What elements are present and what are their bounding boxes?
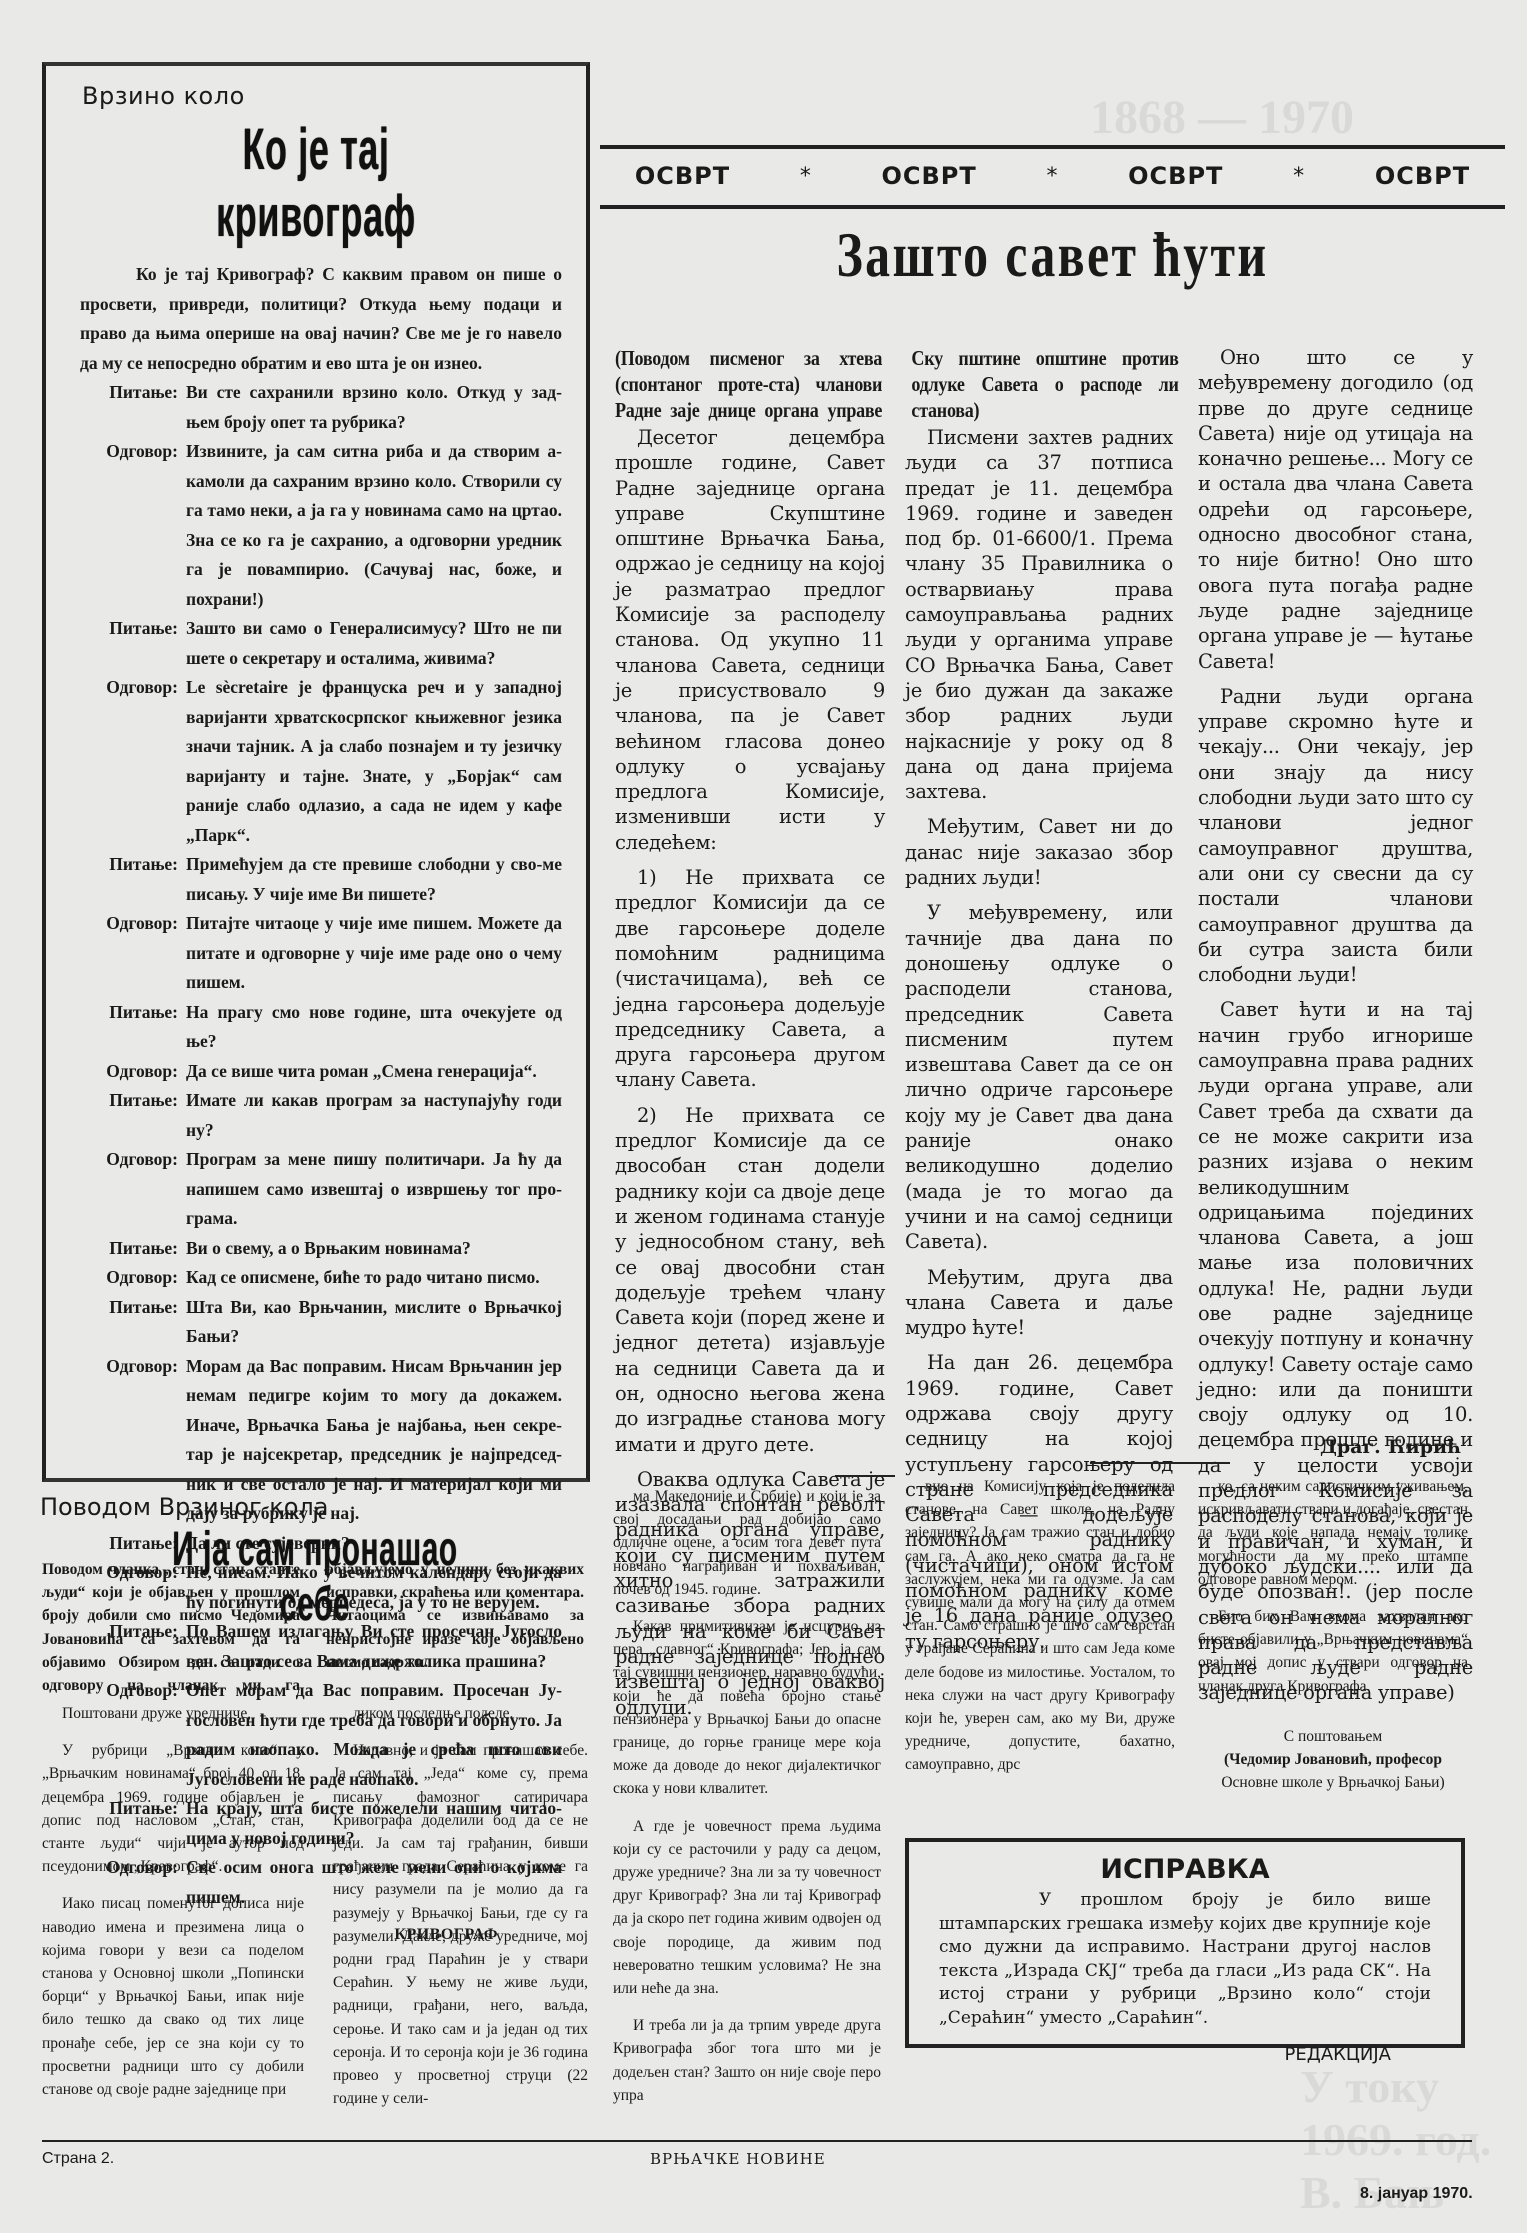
speaker-text: Le sècretaire је француска реч и у запад… [186, 673, 562, 850]
paragraph: 2) Не прихвата се предлог Комисије да се… [615, 1103, 885, 1457]
speaker-label: Питање: [64, 1293, 186, 1352]
speaker-text: Кад се описмене, биће то радо читано пис… [186, 1263, 562, 1293]
star-separator: * [800, 164, 812, 189]
banner-word: ОСВРТ [635, 162, 730, 190]
newspaper-name: ВРЊАЧКЕ НОВИНЕ [650, 2150, 826, 2168]
speaker-label: Питање: [64, 1234, 186, 1264]
correction-title: ИСПРАВКА [939, 1854, 1431, 1885]
paragraph: Иако писац поменутог дописа није наводио… [42, 1892, 304, 2101]
footer-rule [42, 2140, 1472, 2142]
interview-row: Питање:На прагу смо нове године, шта оче… [64, 998, 562, 1057]
paragraph: ма Македоније и Србије) и који је за сво… [613, 1485, 881, 1601]
speaker-label: Питање: [64, 850, 186, 909]
correction-box: ИСПРАВКА У прошлом броју је било више шт… [905, 1838, 1465, 2048]
banner-word: ОСВРТ [1375, 162, 1470, 190]
correction-text: У прошлом броју је било више штампарских… [939, 1889, 1431, 2030]
speaker-label: Одговор: [64, 1145, 186, 1234]
star-separator: * [1046, 164, 1058, 189]
speaker-text: Ви сте сахранили врзино коло. Откуд у за… [186, 378, 562, 437]
paragraph: Десетог децембра прошле године, Савет Ра… [615, 425, 885, 855]
paragraph: У међувремену, или тачније два дана по д… [905, 900, 1173, 1254]
closing-text: С поштовањем [1198, 1725, 1468, 1748]
lead-text: (Поводом писменог за хтева (спонтаног пр… [615, 345, 1179, 423]
paragraph: Био бих Вам веома захвалан ако бисте обј… [1198, 1605, 1468, 1698]
interview-row: Одговор:Кад се описмене, биће то радо чи… [64, 1263, 562, 1293]
interview-row: Одговор:Програм за мене пишу политичари.… [64, 1145, 562, 1234]
speaker-label: Одговор: [64, 437, 186, 614]
paragraph: Какав примитивизам је исцурио из пера „с… [613, 1615, 881, 1801]
speaker-text: Шта Ви, као Врњчанин, мислите о Врњачкој… [186, 1293, 562, 1352]
speaker-label: Одговор: [64, 1263, 186, 1293]
osvrt-signature: Драг. Ћирић [1320, 1436, 1461, 1458]
speaker-text: Зашто ви само о Генералисимусу? Што не п… [186, 614, 562, 673]
paragraph: Међутим, Савет ни до данас није заказао … [905, 814, 1173, 890]
interview-row: Одговор:Le sècretaire је француска реч и… [64, 673, 562, 850]
response-column-5: ко, са неким садистичким уживањем, искри… [1198, 1475, 1468, 1712]
response-rubric: Поводом Врзиног кола [40, 1493, 328, 1521]
paragraph: Поштовани друже уредниче, [42, 1702, 304, 1725]
banner-word: ОСВРТ [1128, 162, 1223, 190]
vrzino-kolo-box: Врзино коло Ко је тај кривограф Ко је та… [42, 62, 590, 1482]
rubric-label: Врзино коло [82, 82, 568, 110]
speaker-text: Примећујем да сте превише слободни у свo… [186, 850, 562, 909]
paragraph: Међутим, друга два члана Савета и даље м… [905, 1265, 1173, 1341]
response-column-3: ма Македоније и Србије) и који је за сво… [613, 1485, 881, 2121]
speaker-text: Да се више чита роман „Смена генерација“… [186, 1057, 562, 1087]
letter-closing: С поштовањем (Чедомир Јовановић, професо… [1198, 1725, 1468, 1795]
paragraph: Писмени захтев радних људи са 37 потписа… [905, 425, 1173, 804]
correction-signature: РЕДАКЦИЈА [939, 2044, 1391, 2065]
divider-bottom [600, 205, 1505, 209]
article-intro: Ко је тај Кривограф? С каквим правом он … [80, 260, 562, 378]
speaker-text: Питајте читаоце у чије име пишем. Можете… [186, 909, 562, 998]
paragraph: ко, са неким садистичким уживањем, искри… [1198, 1475, 1468, 1591]
issue-date: 8. јануар 1970. [1360, 2185, 1473, 2203]
interview-row: Питање:Ви сте сахранили врзино коло. Отк… [64, 378, 562, 437]
speaker-label: Одговор: [64, 673, 186, 850]
speaker-label: Питање: [64, 1086, 186, 1145]
banner-word: ОСВРТ [882, 162, 977, 190]
editor-note-text: Поводом чланка „стан, стан, станте људи“… [42, 1558, 584, 1698]
osvrt-lead: (Поводом писменог за хтева (спонтаног пр… [615, 345, 1180, 423]
article-title: Ко је тај кривограф [160, 116, 472, 250]
paragraph: 1) Не прихвата се предлог Комисији да се… [615, 865, 885, 1093]
interview-row: Питање:Примећујем да сте превише слободн… [64, 850, 562, 909]
page-number: Страна 2. [42, 2150, 114, 2168]
author-name: (Чедомир Јовановић, професор [1198, 1748, 1468, 1771]
paragraph: Наравно, и ја сам пронашао себе. Ја сам … [333, 1739, 588, 2110]
signature-rule [1090, 1462, 1230, 1464]
interview-row: Одговор:Извините, ја сам ситна риба и да… [64, 437, 562, 614]
osvrt-title: Зашто савет ћути [700, 218, 1406, 292]
response-column-4: вио на Комисију која је поделила станове… [905, 1475, 1175, 1791]
speaker-text: Ви о свему, а о Врњаким новинама? [186, 1234, 562, 1264]
paragraph: А где је човечност према људима који су … [613, 1815, 881, 2001]
interview-row: Питање:Шта Ви, као Врњчанин, мислите о В… [64, 1293, 562, 1352]
paragraph: Оно што се у међувремену догодило (од пр… [1198, 345, 1473, 674]
interview-row: Питање:Имате ли какав програм за наступа… [64, 1086, 562, 1145]
speaker-text: Програм за мене пишу политичари. Ја ћу д… [186, 1145, 562, 1234]
speaker-label: Одговор: [64, 909, 186, 998]
interview-row: Одговор:Питајте читаоце у чије име пишем… [64, 909, 562, 998]
column-end-rule [835, 1475, 895, 1477]
response-column-2: ликом последње поделе.Наравно, и ја сам … [333, 1702, 588, 2124]
paragraph: И треба ли ја да трпим увреде друга Крив… [613, 2014, 881, 2107]
paragraph: вио на Комисију која је поделила станове… [905, 1475, 1175, 1777]
paragraph: У рубрици „Врзино коло“ у „Врњачким нови… [42, 1739, 304, 1878]
star-separator: * [1293, 164, 1305, 189]
author-title: Основне школе у Врњачкој Бањи) [1198, 1771, 1468, 1794]
bleed-through-year: 1868 — 1970 [1090, 90, 1354, 145]
editor-note: Поводом чланка „стан, стан, станте људи“… [42, 1558, 584, 1698]
paragraph: ликом последње поделе. [333, 1702, 588, 1725]
speaker-text: На прагу смо нове године, шта очекујете … [186, 998, 562, 1057]
interview-row: Питање:Зашто ви само о Генералисимусу? Ш… [64, 614, 562, 673]
paragraph: Радни људи органа управе скромно ћуте и … [1198, 684, 1473, 988]
interview-row: Одговор:Да се више чита роман „Смена ген… [64, 1057, 562, 1087]
interview-row: Питање:Ви о свему, а о Врњаким новинама? [64, 1234, 562, 1264]
speaker-label: Одговор: [64, 1057, 186, 1087]
osvrt-banner: ОСВРТ * ОСВРТ * ОСВРТ * ОСВРТ [600, 145, 1505, 207]
speaker-text: Извините, ја сам ситна риба и да створим… [186, 437, 562, 614]
speaker-label: Питање: [64, 614, 186, 673]
response-column-1: Поштовани друже уредниче,У рубрици „Врзи… [42, 1702, 304, 2115]
speaker-label: Питање: [64, 378, 186, 437]
speaker-text: Имате ли какав програм за наступајућу го… [186, 1086, 562, 1145]
speaker-label: Питање: [64, 998, 186, 1057]
